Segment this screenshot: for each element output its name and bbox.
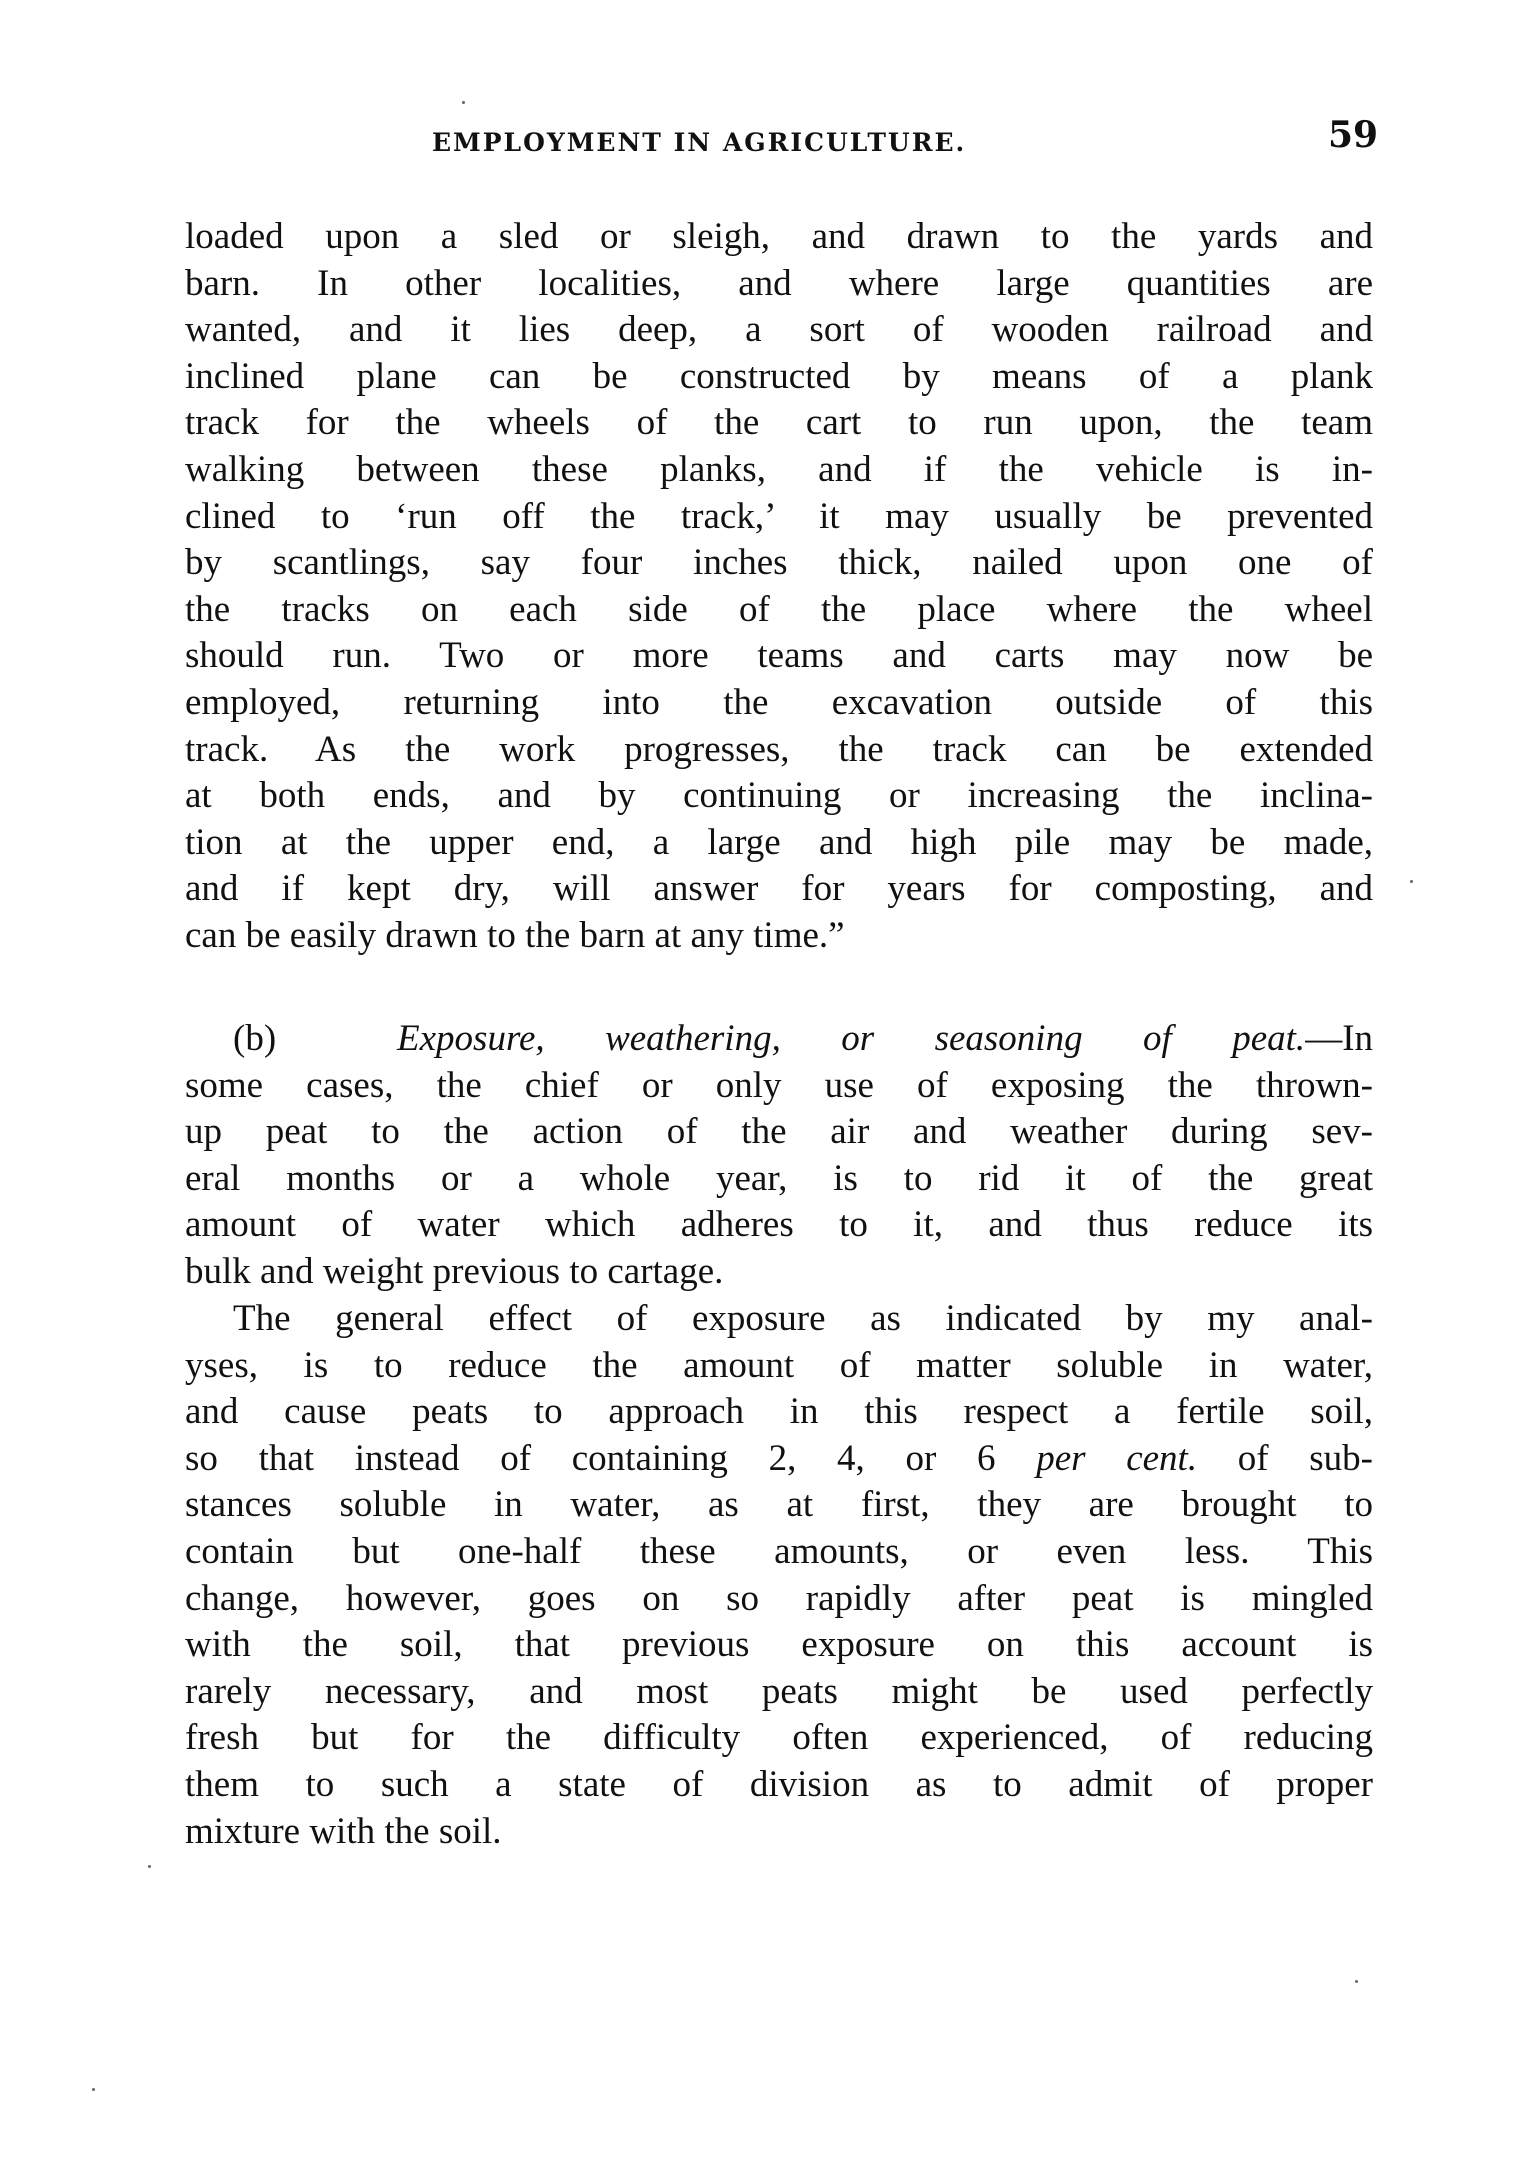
text-line: walking between these planks, and if the… <box>185 447 1373 494</box>
text-line: tion at the upper end, a large and high … <box>185 820 1373 867</box>
text-line: at both ends, and by continuing or incre… <box>185 773 1373 820</box>
text-line: and cause peats to approach in this resp… <box>185 1389 1373 1436</box>
text-line: loaded upon a sled or sleigh, and drawn … <box>185 214 1373 261</box>
book-page: EMPLOYMENT IN AGRICULTURE. 59 loaded upo… <box>0 0 1539 2177</box>
text-line: can be easily drawn to the barn at any t… <box>185 913 1373 960</box>
text-line: by scantlings, say four inches thick, na… <box>185 540 1373 587</box>
text-line: mixture with the soil. <box>185 1809 1373 1856</box>
text-line: contain but one-half these amounts, or e… <box>185 1529 1373 1576</box>
text-line: change, however, goes on so rapidly afte… <box>185 1576 1373 1623</box>
paragraph-section-b: (b) Exposure, weathering, or seasoning o… <box>185 1016 1373 1296</box>
text-line: clined to ‘run off the track,’ it may us… <box>185 494 1373 541</box>
text-line: and if kept dry, will answer for years f… <box>185 866 1373 913</box>
text-line: barn. In other localities, and where lar… <box>185 261 1373 308</box>
text-line: track for the wheels of the cart to run … <box>185 400 1373 447</box>
text-line: the tracks on each side of the place whe… <box>185 587 1373 634</box>
section-heading-dash: —In <box>1305 1018 1373 1059</box>
text-segment: of sub- <box>1197 1438 1373 1479</box>
section-heading: Exposure, weathering, or seasoning of pe… <box>397 1018 1305 1059</box>
text-line: bulk and weight previous to cartage. <box>185 1249 1373 1296</box>
text-line-with-italic: so that instead of containing 2, 4, or 6… <box>185 1436 1373 1483</box>
section-label: (b) <box>233 1018 276 1059</box>
text-line: stances soluble in water, as at first, t… <box>185 1482 1373 1529</box>
italic-term: per cent. <box>1036 1438 1197 1479</box>
text-line: track. As the work progresses, the track… <box>185 727 1373 774</box>
text-line: up peat to the action of the air and wea… <box>185 1109 1373 1156</box>
text-line: rarely necessary, and most peats might b… <box>185 1669 1373 1716</box>
text-line: amount of water which adheres to it, and… <box>185 1202 1373 1249</box>
page-number: 59 <box>1328 114 1378 156</box>
text-line: eral months or a whole year, is to rid i… <box>185 1156 1373 1203</box>
text-line: some cases, the chief or only use of exp… <box>185 1063 1373 1110</box>
text-line: should run. Two or more teams and carts … <box>185 633 1373 680</box>
text-line: inclined plane can be constructed by mea… <box>185 354 1373 401</box>
running-header-title: EMPLOYMENT IN AGRICULTURE. <box>432 128 966 157</box>
text-line: them to such a state of division as to a… <box>185 1762 1373 1809</box>
text-line: The general effect of exposure as indica… <box>185 1296 1373 1343</box>
text-segment: so that instead of containing 2, 4, or 6 <box>185 1438 1036 1479</box>
text-line: with the soil, that previous exposure on… <box>185 1622 1373 1669</box>
scan-speck <box>92 2088 95 2091</box>
text-line: wanted, and it lies deep, a sort of wood… <box>185 307 1373 354</box>
text-line: employed, returning into the excavation … <box>185 680 1373 727</box>
scan-speck <box>462 101 465 104</box>
text-line: fresh but for the difficulty often exper… <box>185 1715 1373 1762</box>
paragraph-continuation-quote: loaded upon a sled or sleigh, and drawn … <box>185 214 1373 960</box>
text-line: yses, is to reduce the amount of matter … <box>185 1343 1373 1390</box>
scan-speck <box>1410 880 1413 883</box>
scan-speck <box>1355 1980 1358 1983</box>
section-heading-line: (b) Exposure, weathering, or seasoning o… <box>185 1016 1373 1063</box>
paragraph-general-effect: The general effect of exposure as indica… <box>185 1296 1373 1855</box>
scan-speck <box>148 1865 151 1868</box>
